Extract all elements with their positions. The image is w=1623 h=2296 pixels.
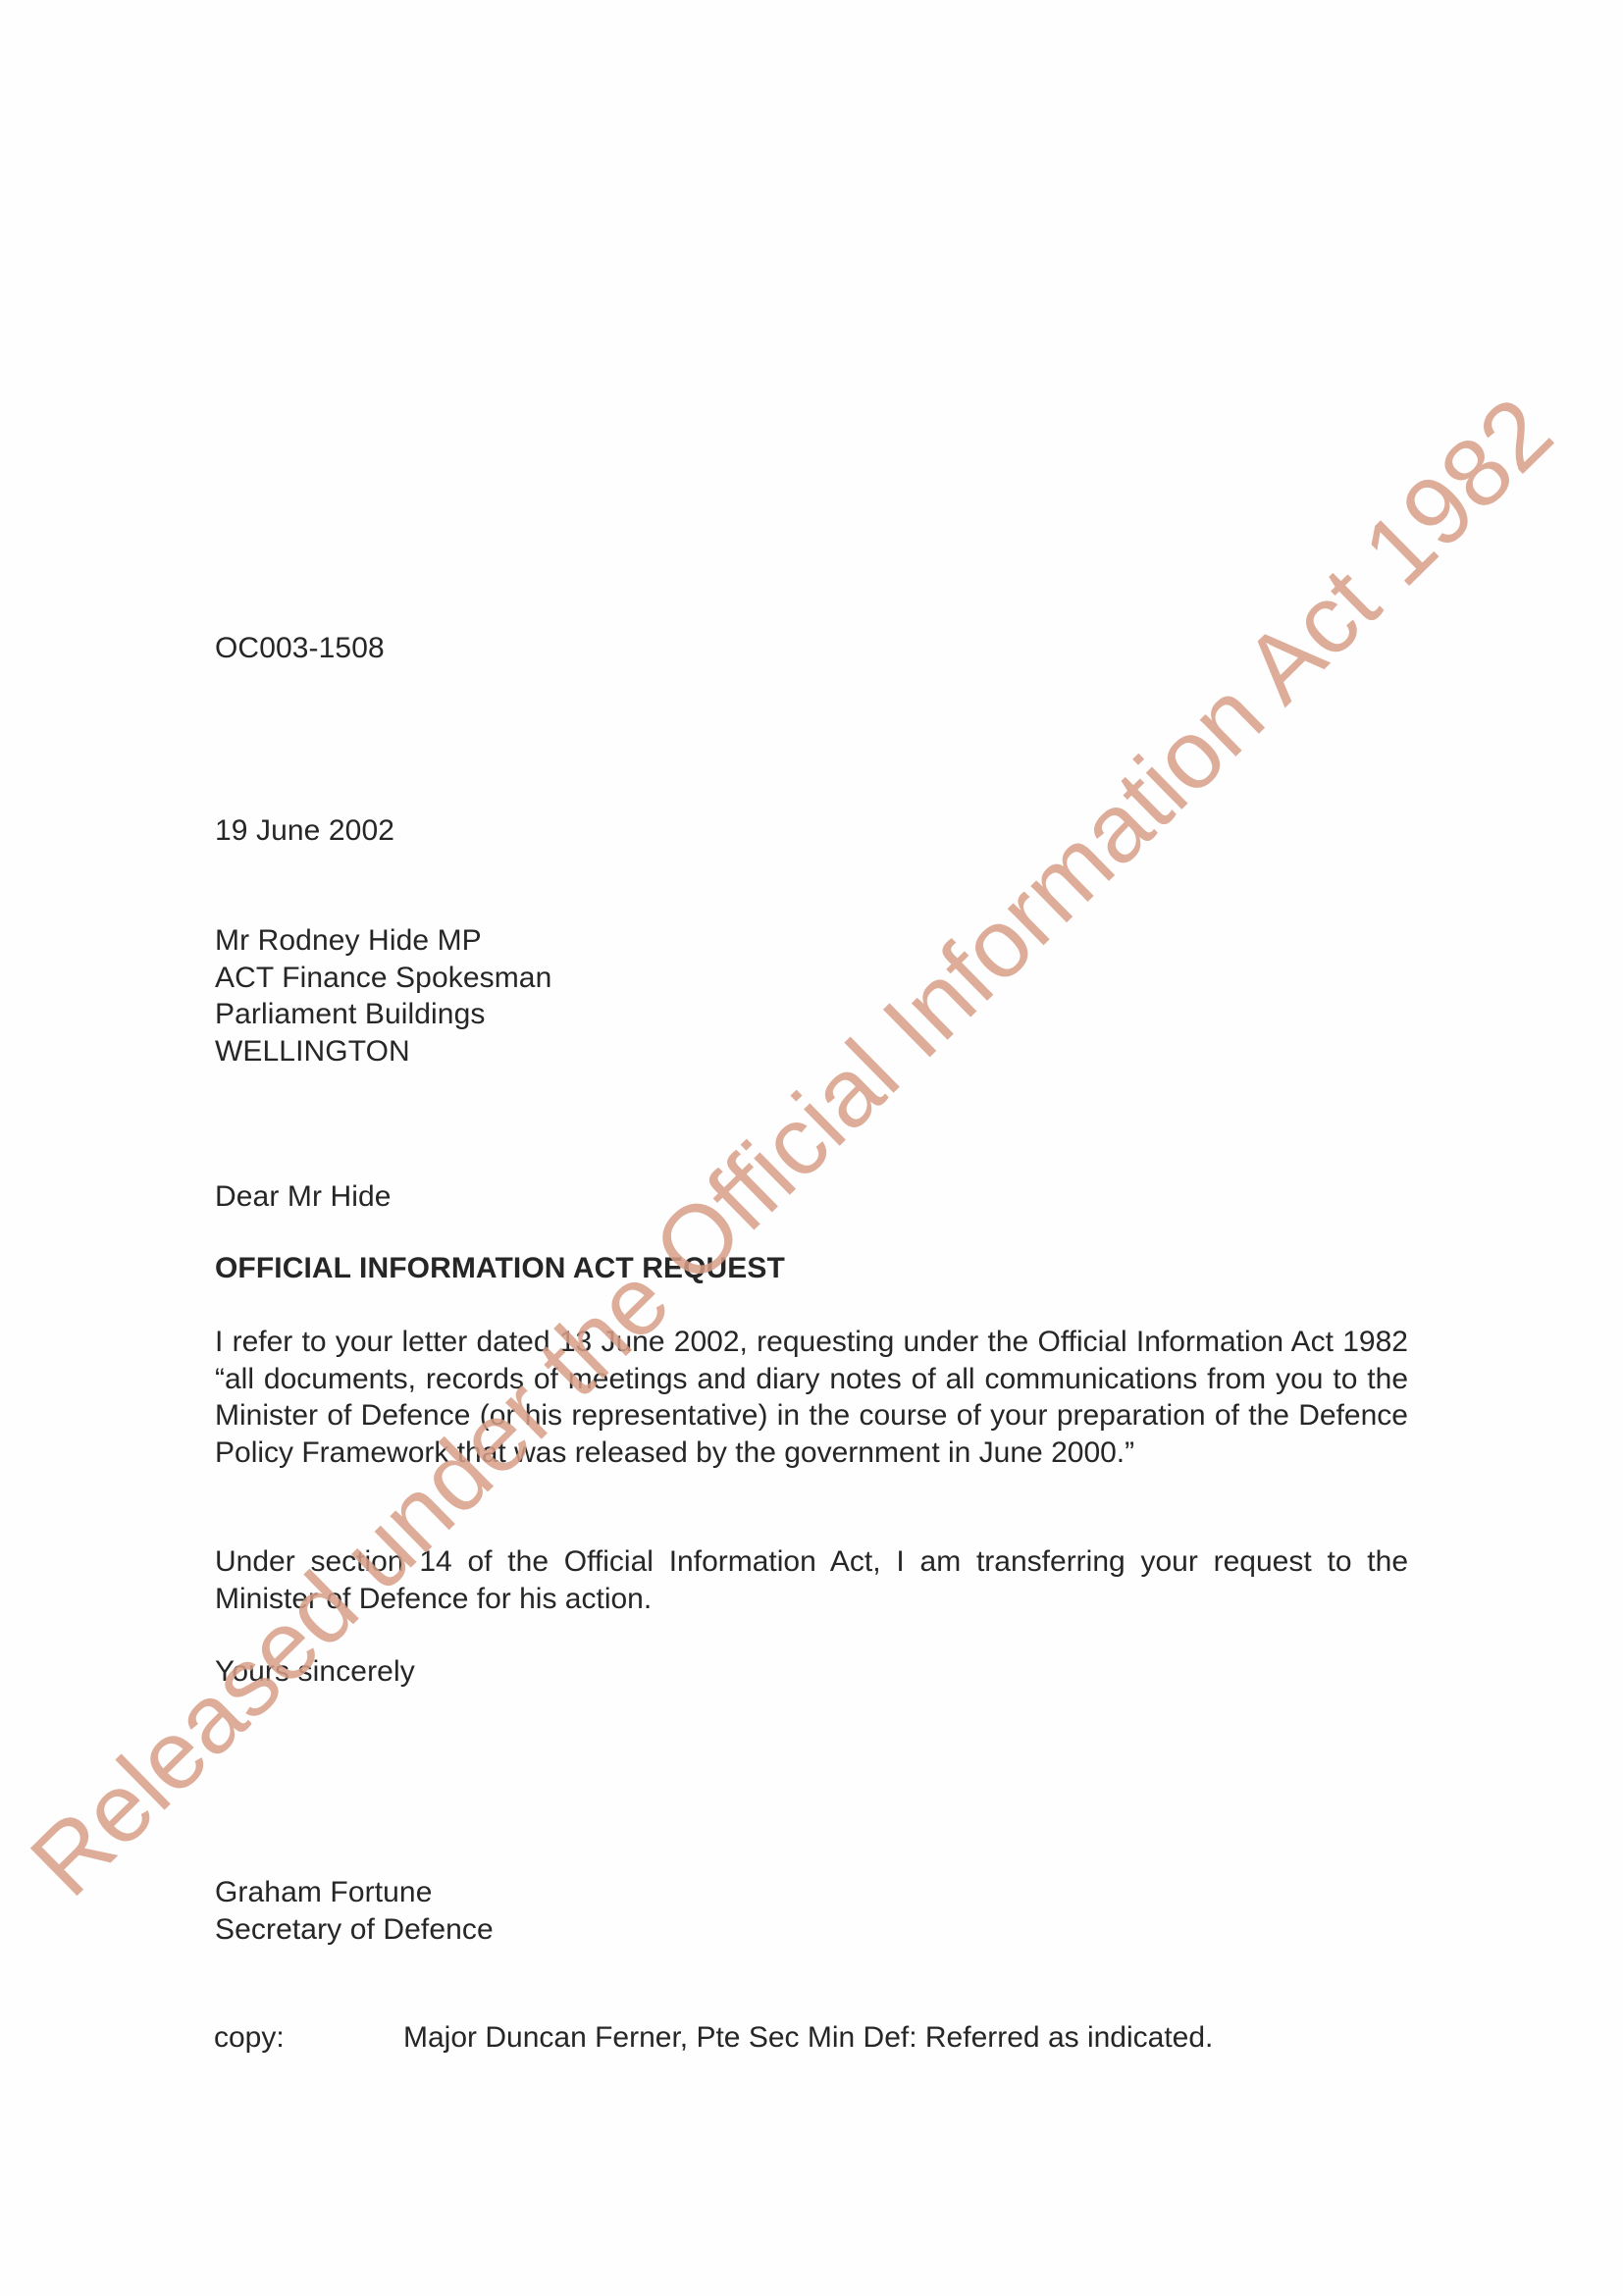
recipient-address: Mr Rodney Hide MP ACT Finance Spokesman … [215,922,551,1070]
body-paragraph-2: Under section 14 of the Official Informa… [215,1543,1408,1617]
signer-title: Secretary of Defence [215,1911,494,1949]
recipient-title: ACT Finance Spokesman [215,960,551,997]
copy-recipient: Major Duncan Ferner, Pte Sec Min Def: Re… [403,2019,1213,2056]
closing: Yours sincerely [215,1653,415,1690]
recipient-name: Mr Rodney Hide MP [215,922,551,960]
signature-block: Graham Fortune Secretary of Defence [215,1874,494,1949]
recipient-building: Parliament Buildings [215,996,551,1033]
copy-label: copy: [214,2019,285,2056]
salutation: Dear Mr Hide [215,1178,392,1215]
reference-number: OC003-1508 [215,630,385,666]
body-paragraph-1: I refer to your letter dated 13 June 200… [215,1324,1408,1471]
letter-date: 19 June 2002 [215,812,394,849]
recipient-city: WELLINGTON [215,1033,551,1070]
signer-name: Graham Fortune [215,1874,494,1911]
letter-page: OC003-1508 19 June 2002 Mr Rodney Hide M… [0,0,1623,2296]
subject-heading: OFFICIAL INFORMATION ACT REQUEST [215,1250,785,1286]
